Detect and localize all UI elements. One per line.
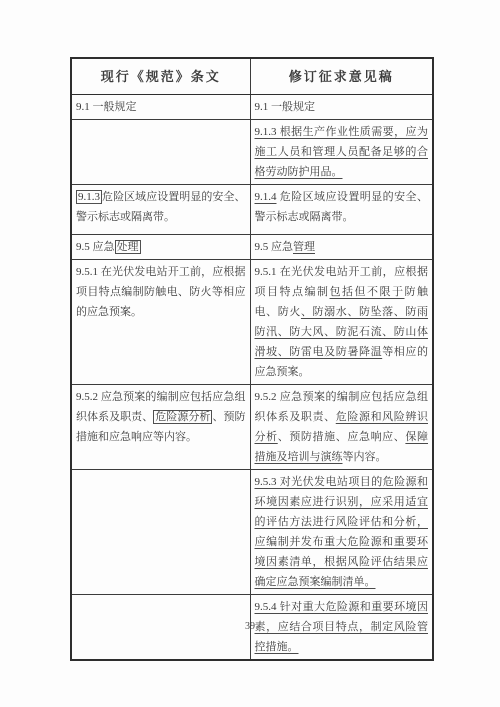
table-row: 9.5.2 应急预案的编制应包括应急组织体系及职责、危险源分析、预防措施和应急响… xyxy=(71,385,433,470)
text-run: 危险区域应设置明显的安全、警示标志或隔离带。 xyxy=(255,191,429,223)
boxed-deletion: 危险源分析 xyxy=(153,410,212,424)
document-page: 现行《规范》条文 修订征求意见稿 9.1 一般规定9.1 一般规定9.1.3 根… xyxy=(0,0,500,707)
table-row: 9.1.3 根据生产作业性质需要，应为施工人员和管理人员配备足够的合格劳动防护用… xyxy=(71,120,433,185)
cell-revised-draft: 9.1.4 危险区域应设置明显的安全、警示标志或隔离带。 xyxy=(250,185,433,235)
cell-revised-draft: 9.5 应急管理 xyxy=(250,235,433,260)
underlined-addition: 9.1.4 xyxy=(255,191,277,203)
table-row: 9.5 应急处理9.5 应急管理 xyxy=(71,235,433,260)
cell-revised-draft: 9.1.3 根据生产作业性质需要，应为施工人员和管理人员配备足够的合格劳动防护用… xyxy=(250,120,433,185)
cell-revised-draft: 9.5.3 对光伏发电站项目的危险源和环境因素应进行识别，应采用适宜的评估方法进… xyxy=(250,470,433,595)
underlined-addition: 9.5.3 对光伏发电站项目的危险源和环境因素应进行识别，应采用适宜的评估方法进… xyxy=(255,476,429,588)
text-run: 等内容。 xyxy=(343,451,387,463)
cell-current-provision: 9.1.3危险区域应设置明显的安全、警示标志或隔离带。 xyxy=(71,185,250,235)
column-header-current-provision: 现行《规范》条文 xyxy=(71,58,250,95)
column-header-revised-draft: 修订征求意见稿 xyxy=(250,58,433,95)
underlined-addition: 9.1.3 根据生产作业性质需要，应为施工人员和管理人员配备足够的合格劳动防护用… xyxy=(255,126,429,178)
table-row: 9.1.3危险区域应设置明显的安全、警示标志或隔离带。9.1.4 危险区域应设置… xyxy=(71,185,433,235)
boxed-deletion: 处理 xyxy=(115,240,141,254)
cell-current-provision xyxy=(71,120,250,185)
cell-current-provision xyxy=(71,470,250,595)
cell-revised-draft: 9.1 一般规定 xyxy=(250,95,433,120)
text-run: 9.1 一般规定 xyxy=(76,101,137,113)
table-row: 9.1 一般规定9.1 一般规定 xyxy=(71,95,433,120)
text-run: 危险区域应设置明显的安全、警示标志或隔离带。 xyxy=(76,191,246,223)
page-number: 39 xyxy=(0,621,500,632)
text-run: 、预防措施、应急响应、 xyxy=(278,431,406,443)
cell-revised-draft: 9.5.2 应急预案的编制应包括应急组织体系及职责、危险源和风险辨识分析、预防措… xyxy=(250,385,433,470)
underlined-addition: 管理 xyxy=(293,241,315,253)
cell-current-provision: 9.5 应急处理 xyxy=(71,235,250,260)
table-header-row: 现行《规范》条文 修订征求意见稿 xyxy=(71,58,433,95)
text-run: 9.5.1 在光伏发电站开工前，应根据项目特点编制防触电、防火等相应的应急预案。 xyxy=(76,266,246,318)
revision-comparison-table: 现行《规范》条文 修订征求意见稿 9.1 一般规定9.1 一般规定9.1.3 根… xyxy=(70,57,434,661)
text-run: 9.5 应急 xyxy=(76,241,115,253)
cell-current-provision: 9.1 一般规定 xyxy=(71,95,250,120)
underlined-addition: 包括但不限于 xyxy=(330,286,405,298)
cell-revised-draft: 9.5.1 在光伏发电站开工前，应根据项目特点编制包括但不限于防触电、防火、防溺… xyxy=(250,260,433,385)
cell-current-provision: 9.5.1 在光伏发电站开工前，应根据项目特点编制防触电、防火等相应的应急预案。 xyxy=(71,260,250,385)
text-run: 9.1 一般规定 xyxy=(255,101,316,113)
table-row: 9.5.1 在光伏发电站开工前，应根据项目特点编制防触电、防火等相应的应急预案。… xyxy=(71,260,433,385)
cell-current-provision: 9.5.2 应急预案的编制应包括应急组织体系及职责、危险源分析、预防措施和应急响… xyxy=(71,385,250,470)
text-run: 9.5 应急 xyxy=(255,241,294,253)
boxed-deletion: 9.1.3 xyxy=(76,190,102,204)
table-row: 9.5.3 对光伏发电站项目的危险源和环境因素应进行识别，应采用适宜的评估方法进… xyxy=(71,470,433,595)
